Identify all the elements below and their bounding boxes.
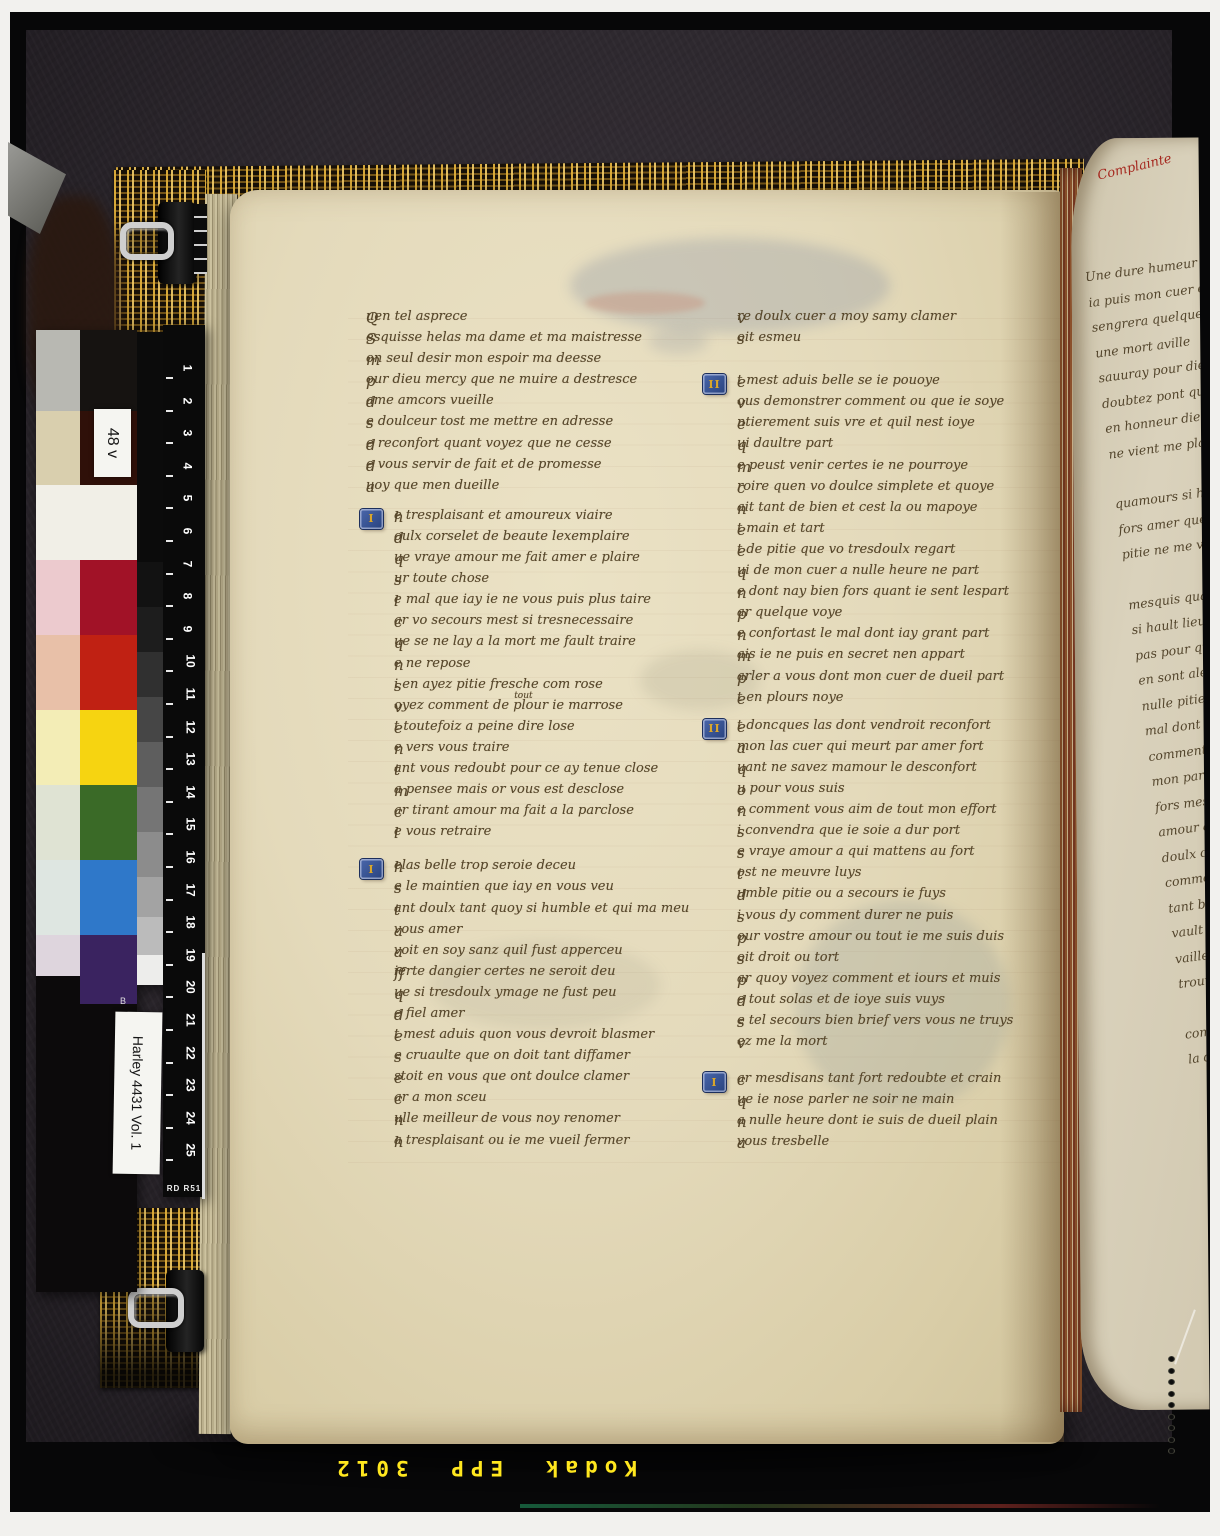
line-text: e vous servir de fait et de promesse <box>366 457 601 472</box>
ruler-number-label: 15 <box>184 818 198 831</box>
line-text: ar vo secours mest si tresnecessaire <box>394 613 633 628</box>
manuscript-line: qui de mon cuer a nulle heure ne part <box>737 563 1067 584</box>
ruler-tick <box>166 931 173 933</box>
ruler-tick <box>166 1127 173 1129</box>
manuscript-line: et doncques las dont vendroit reconfort <box>737 718 1067 739</box>
line-text: e vraye amour a qui mattens au fort <box>737 844 975 859</box>
manuscript-line: car tirant amour ma fait a la parclose <box>394 803 774 824</box>
color-patch <box>80 935 137 976</box>
ruler: RD R51 123456789101112131415161718192021… <box>163 325 205 1197</box>
manuscript-line: qui daultre part <box>737 436 1067 457</box>
line-text: e vous retraire <box>394 824 491 839</box>
color-patch <box>36 785 80 860</box>
ruler-number-label: 10 <box>184 655 198 668</box>
right-page-text: Une dure humeur qui est entreia puis mon… <box>1084 223 1210 1072</box>
sewing-holes <box>1168 1356 1180 1466</box>
line-text: uen tel asprece <box>366 309 467 324</box>
line-text: e le maintien que iay en vous veu <box>394 879 614 894</box>
manuscript-line: se vraye amour a qui mattens au fort <box>737 844 1067 865</box>
line-text: oyez comment de tout plour ie marrose <box>394 698 623 713</box>
ruler-tick <box>166 1094 173 1096</box>
manuscript-line: entierement suis vre et quil nest ioye <box>737 415 1067 436</box>
photograph-of-manuscript: Quen tel aspreceSesquisse helas ma dame … <box>0 0 1220 1536</box>
ruler-tick <box>166 377 173 379</box>
ruler-number-label: 21 <box>184 1013 198 1026</box>
right-page-vellum: Complainte Une dure humeur qui est entre… <box>1070 137 1209 1410</box>
sewing-hole <box>1168 1414 1175 1420</box>
illuminated-initial: II <box>703 374 726 394</box>
color-patch-row <box>36 560 137 635</box>
ruler-tick <box>166 573 173 575</box>
line-text: a pensee mais or vous est desclose <box>394 782 624 797</box>
line-text: ulle meilleur de vous noy renomer <box>394 1111 620 1126</box>
line-text: ue vraye amour me fait amer e plaire <box>394 550 640 565</box>
manuscript-line: he tresplaisant et amoureux viaire <box>394 508 774 529</box>
grayscale-step <box>137 562 163 607</box>
line-text: voit en soy sanz quil fust apperceu <box>394 943 623 958</box>
ruler-number-label: 14 <box>184 785 198 798</box>
ruler-number-label: 23 <box>184 1079 198 1092</box>
ruler-edge-line <box>202 953 205 1199</box>
ruler-tick <box>166 768 173 770</box>
manuscript-line: mais ie ne puis en secret nen appart <box>737 647 1067 668</box>
manuscript-line: soit droit ou tort <box>737 950 1067 971</box>
grayscale-step <box>137 607 163 652</box>
manuscript-line: quant ne savez mamour le desconfort <box>737 760 1067 781</box>
manuscript-line: sur toute chose <box>394 571 774 592</box>
ruler-number-label: 12 <box>184 720 198 733</box>
manuscript-stanza: Icar mesdisans tant fort redoubte et cra… <box>737 1071 1067 1155</box>
manuscript-line: si convendra que ie soie a dur port <box>737 823 1067 844</box>
line-text: e cruaulte que on doit tant diffamer <box>394 1048 630 1063</box>
manuscript-line: que ie nose parler ne soir ne main <box>737 1092 1067 1113</box>
manuscript-line: et de pitie que vo tresdoulx regart <box>737 542 1067 563</box>
line-text: uant ne savez mamour le desconfort <box>737 760 977 775</box>
manuscript-line: avous tresbelle <box>737 1134 1067 1155</box>
manuscript-line: de vous servir de fait et de promesse <box>366 457 774 478</box>
line-text: oulx corselet de beaute lexemplaire <box>394 529 630 544</box>
ruler-number-label: 25 <box>184 1144 198 1157</box>
ruler-number-label: 16 <box>184 850 198 863</box>
ruler-number-label: 18 <box>184 916 198 929</box>
ruler-tick <box>166 1029 173 1031</box>
line-text: ar a mon sceu <box>394 1090 487 1105</box>
manuscript-line: que vraye amour me fait amer e plaire <box>394 550 774 571</box>
ruler-number-label: 11 <box>183 688 197 701</box>
line-text: t mest aduis quon vous devroit blasmer <box>394 1027 654 1042</box>
grayscale-step <box>137 697 163 742</box>
ruler-tick <box>166 670 173 672</box>
line-text: ar quoy voyez comment et iours et muis <box>737 971 1000 986</box>
ruler-number-label: 7 <box>180 560 194 567</box>
grayscale-step <box>137 787 163 832</box>
line-text: ait tant de bien et cest la ou mapoye <box>737 500 977 515</box>
line-text: ant vous redoubt pour ce ay tenue close <box>394 761 658 776</box>
line-text: stoit en vous que ont doulce clamer <box>394 1069 629 1084</box>
line-text: ar quelque voye <box>737 605 842 620</box>
line-text: vous amer <box>394 922 462 937</box>
line-text: e dont nay bien fors quant ie sent lespa… <box>737 584 1009 599</box>
line-text: i en ayez pitie fresche com rose <box>394 677 603 692</box>
manuscript-line: ne vers vous traire <box>394 740 774 761</box>
manuscript-stanza: Quen tel aspreceSesquisse helas ma dame … <box>366 309 774 499</box>
kodak-film-edge-label: Kodak EPP 3012 <box>330 1456 637 1480</box>
line-text: elas belle trop seroie deceu <box>394 858 576 873</box>
color-patch <box>80 785 137 860</box>
binder-clip-bottom-handle <box>128 1288 184 1328</box>
ruler-tick <box>166 736 173 738</box>
manuscript-line: de fiel amer <box>394 1006 774 1027</box>
manuscript-line: na nulle heure dont ie suis de dueil pla… <box>737 1113 1067 1134</box>
manuscript-stanza: IIet doncques las dont vendroit reconfor… <box>737 718 1067 1056</box>
line-text: vous tresbelle <box>737 1134 829 1149</box>
manuscript-line: soit esmeu <box>737 330 1067 351</box>
color-patch-row <box>36 785 137 860</box>
manuscript-line: le vous retraire <box>394 824 774 845</box>
manuscript-line: par quelque voye <box>737 605 1067 626</box>
line-text: ui daultre part <box>737 436 833 451</box>
grayscale-step <box>137 742 163 787</box>
manuscript-line: de tout solas et de ioye suis vuys <box>737 992 1067 1013</box>
ruler-number-label: 2 <box>180 397 194 404</box>
line-text: mon las cuer qui meurt par amer fort <box>737 739 984 754</box>
color-patch <box>36 560 80 635</box>
manuscript-line: ou pour vous suis <box>737 781 1067 802</box>
ruler-tick <box>166 996 173 998</box>
ruler-tick <box>166 703 173 705</box>
grayscale-step <box>137 652 163 697</box>
ruler-number-label: 20 <box>184 981 198 994</box>
color-patch <box>36 485 137 560</box>
folio-sticker: 48 v <box>94 409 131 477</box>
sewing-hole <box>1168 1425 1175 1431</box>
line-text: oit esmeu <box>737 330 801 345</box>
ruler-tick <box>166 964 173 966</box>
ruler-tick <box>166 833 173 835</box>
manuscript-line: si en ayez pitie fresche com rose <box>394 677 774 698</box>
line-text: a tresplaisant ou ie me vueil fermer <box>394 1133 630 1148</box>
manuscript-line: croire quen vo doulce simplete et quoye <box>737 479 1067 500</box>
folio-sticker-label: 48 v <box>104 428 122 458</box>
sewing-hole <box>1168 1391 1175 1397</box>
color-patch-row <box>36 635 137 710</box>
sewing-hole <box>1168 1437 1175 1443</box>
illuminated-initial: I <box>703 1072 726 1092</box>
ruler-tick <box>166 866 173 868</box>
manuscript-line: avoit en soy sanz quil fust apperceu <box>394 943 774 964</box>
line-text: oit droit ou tort <box>737 950 839 965</box>
ruler-number-label: 5 <box>180 495 194 502</box>
line-text: ame amcors vueille <box>366 393 494 408</box>
color-patch <box>36 935 80 976</box>
line-text: ost ne meuvre luys <box>737 865 861 880</box>
line-text: umble pitie ou a secours ie fuys <box>737 886 946 901</box>
line-text: e vers vous traire <box>394 740 509 755</box>
line-text: t toutefoiz a peine dire lose <box>394 719 575 734</box>
line-text: e ne repose <box>394 656 470 671</box>
line-text: ar mesdisans tant fort redoubte et crain <box>737 1071 1001 1086</box>
line-text: arler a vous dont mon cuer de dueil part <box>737 669 1004 684</box>
line-text: t en plours noye <box>737 690 844 705</box>
line-text: e tel secours bien brief vers vous ne tr… <box>737 1013 1013 1028</box>
manuscript-line: dumble pitie ou a secours ie fuys <box>737 886 1067 907</box>
manuscript-line: me peust venir certes ie ne pourroye <box>737 458 1067 479</box>
manuscript-line: et en plours noye <box>737 690 1067 711</box>
line-text: i convendra que ie soie a dur port <box>737 823 960 838</box>
ruler-tick <box>166 638 173 640</box>
manuscript-stanza: Ihe tresplaisant et amoureux viairedoulx… <box>394 508 774 846</box>
line-text: esquisse helas ma dame et ma maistresse <box>366 330 642 345</box>
manuscript-line: helas belle trop seroie deceu <box>394 858 774 879</box>
manuscript-line: Quen tel asprece <box>366 309 774 330</box>
manuscript-line: et mest aduis belle se ie pouoye <box>737 373 1067 394</box>
manuscript-line: et mest aduis quon vous devroit blasmer <box>394 1027 774 1048</box>
ruler-tick <box>166 442 173 444</box>
manuscript-line: le mal que iay ie ne vous puis plus tair… <box>394 592 774 613</box>
manuscript-line: Sesquisse helas ma dame et ma maistresse <box>366 330 774 351</box>
color-patch-row <box>36 485 137 560</box>
ruler-number-label: 4 <box>180 462 194 469</box>
ruler-number-label: 8 <box>180 593 194 600</box>
manuscript-line: vez me la mort <box>737 1034 1067 1055</box>
ruler-number-label: 1 <box>180 365 194 372</box>
line-text: uoy que men dueille <box>366 478 499 493</box>
color-patch <box>36 411 80 485</box>
manuscript-line: parler a vous dont mon cuer de dueil par… <box>737 669 1067 690</box>
manuscript-line: auoy que men dueille <box>366 478 774 499</box>
manuscript-line: que se ne lay a la mort me fault traire <box>394 634 774 655</box>
line-text: t mest aduis belle se ie pouoye <box>737 373 940 388</box>
manuscript-line: ffierte dangier certes ne seroit deu <box>394 964 774 985</box>
manuscript-line: mon seul desir mon espoir ma deesse <box>366 351 774 372</box>
line-text: ant doulx tant quoy si humble et qui ma … <box>394 901 689 916</box>
manuscript-line: vous demonstrer comment ou que ie soye <box>737 394 1067 415</box>
manuscript-line: amon las cuer qui meurt par amer fort <box>737 739 1067 760</box>
line-text: e peust venir certes ie ne pourroye <box>737 458 968 473</box>
line-text: e comment vous aim de tout mon effort <box>737 802 996 817</box>
ruler-tick <box>166 507 173 509</box>
color-patch-row <box>36 330 137 411</box>
manuscript-line: tant vous redoubt pour ce ay tenue close <box>394 761 774 782</box>
manuscript-line: que si tresdoulx ymage ne fust peu <box>394 985 774 1006</box>
manuscript-line: ne ne repose <box>394 656 774 677</box>
line-text: a nulle heure dont ie suis de dueil plai… <box>737 1113 998 1128</box>
manuscript-line: ne confortast le mal dont iay grant part <box>737 626 1067 647</box>
color-patch <box>80 635 137 710</box>
binder-clip-top-handle <box>120 222 174 260</box>
ruler-number-label: 3 <box>180 430 194 437</box>
ruler-tick <box>166 801 173 803</box>
sewing-hole <box>1168 1379 1175 1385</box>
line-text: ous demonstrer comment ou que ie soye <box>737 394 1004 409</box>
color-patch <box>36 330 80 411</box>
line-text: ui de mon cuer a nulle heure ne part <box>737 563 979 578</box>
line-text: u pour vous suis <box>737 781 845 796</box>
line-text: t doncques las dont vendroit reconfort <box>737 718 991 733</box>
color-patch <box>80 710 137 785</box>
ruler-number-label: 24 <box>184 1111 198 1124</box>
line-text: ue se ne lay a la mort me fault traire <box>394 634 636 649</box>
line-text: ur toute chose <box>394 571 489 586</box>
line-text: roire quen vo doulce simplete et quoye <box>737 479 994 494</box>
manuscript-line: ma pensee mais or vous est desclose <box>394 782 774 803</box>
manuscript-stanza: IIet mest aduis belle se ie pouoyevous d… <box>737 373 1067 711</box>
ruler-tick <box>166 475 173 477</box>
color-patch-row <box>36 710 137 785</box>
color-patch <box>36 710 80 785</box>
manuscript-line: et main et tart <box>737 521 1067 542</box>
grayscale-step <box>137 332 163 562</box>
manuscript-stanza: vre doulx cuer a moy samy clamersoit esm… <box>737 309 1067 351</box>
grayscale-step <box>137 832 163 877</box>
line-text: ntierement suis vre et quil nest ioye <box>737 415 975 430</box>
film-edge-color-line <box>520 1504 1160 1508</box>
color-patch-row <box>36 935 137 976</box>
manuscript-line: car mesdisans tant fort redoubte et crai… <box>737 1071 1067 1092</box>
manuscript-line: car a mon sceu <box>394 1090 774 1111</box>
line-text: our vostre amour ou tout ie me suis duis <box>737 929 1004 944</box>
ruler-tick <box>166 1159 173 1161</box>
line-text: ue si tresdoulx ymage ne fust peu <box>394 985 616 1000</box>
color-patch <box>36 635 80 710</box>
manuscript-line: car vo secours mest si tresnecessaire <box>394 613 774 634</box>
illuminated-initial: II <box>703 719 726 739</box>
manuscript-line: ne dont nay bien fors quant ie sent lesp… <box>737 584 1067 605</box>
manuscript-line: se cruaulte que on doit tant diffamer <box>394 1048 774 1069</box>
manuscript-line: vre doulx cuer a moy samy clamer <box>737 309 1067 330</box>
sewing-hole <box>1168 1368 1175 1374</box>
line-text: ez me la mort <box>737 1034 827 1049</box>
ruler-footer-label: RD R51 <box>163 1184 205 1193</box>
line-text: re doulx cuer a moy samy clamer <box>737 309 956 324</box>
ruler-number-label: 17 <box>184 883 198 896</box>
grayscale-step <box>137 877 163 917</box>
line-text: ais ie ne puis en secret nen appart <box>737 647 965 662</box>
manuscript-column-2: vre doulx cuer a moy samy clamersoit esm… <box>737 309 1067 1156</box>
manuscript-line: doulx corselet de beaute lexemplaire <box>394 529 774 550</box>
manuscript-line: ha tresplaisant ou ie me vueil fermer <box>394 1133 774 1154</box>
line-text: e mal que iay ie ne vous puis plus taire <box>394 592 651 607</box>
manuscript-line: de reconfort quant voyez que ne cesse <box>366 436 774 457</box>
color-patch <box>80 860 137 935</box>
manuscript-line: par quoy voyez comment et iours et muis <box>737 971 1067 992</box>
line-text: t de pitie que vo tresdoulx regart <box>737 542 955 557</box>
manuscript-line: pour vostre amour ou tout ie me suis dui… <box>737 929 1067 950</box>
ruler-number-label: 13 <box>184 753 198 766</box>
illuminated-initial: I <box>360 509 383 529</box>
illuminated-initial: I <box>360 859 383 879</box>
line-text: ierte dangier certes ne seroit deu <box>394 964 616 979</box>
grayscale-step <box>137 955 163 985</box>
color-patch-row <box>36 860 137 935</box>
sewing-hole <box>1168 1402 1175 1408</box>
shelfmark-sticker-label: Harley 4431 Vol. 1 <box>129 1036 147 1151</box>
manuscript-line: tost ne meuvre luys <box>737 865 1067 886</box>
line-text: our dieu mercy que ne muire a destresce <box>366 372 637 387</box>
manuscript-line: ne comment vous aim de tout mon effort <box>737 802 1067 823</box>
line-text: on seul desir mon espoir ma deesse <box>366 351 601 366</box>
shelfmark-sticker: Harley 4431 Vol. 1 <box>113 1012 163 1175</box>
line-text: e doulceur tost me mettre en adresse <box>366 414 613 429</box>
line-text: e reconfort quant voyez que ne cesse <box>366 436 612 451</box>
card-letter-b: B <box>120 996 126 1006</box>
ruler-number-label: 9 <box>180 625 194 632</box>
ruler-tick <box>166 899 173 901</box>
line-text: ar tirant amour ma fait a la parclose <box>394 803 634 818</box>
manuscript-line: nait tant de bien et cest la ou mapoye <box>737 500 1067 521</box>
line-text: e fiel amer <box>394 1006 464 1021</box>
color-patch-purple-extension <box>80 976 137 1004</box>
line-text: e tresplaisant et amoureux viaire <box>394 508 613 523</box>
manuscript-line: tant doulx tant quoy si humble et qui ma… <box>394 901 774 922</box>
line-text: e confortast le mal dont iay grant part <box>737 626 989 641</box>
ruler-number-label: 19 <box>184 948 198 961</box>
interlinear-insertion: tout <box>514 691 532 701</box>
manuscript-line: nulle meilleur de vous noy renomer <box>394 1111 774 1132</box>
ruler-tick <box>166 410 173 412</box>
manuscript-line: si vous dy comment durer ne puis <box>737 908 1067 929</box>
line-text: i vous dy comment durer ne puis <box>737 908 953 923</box>
grayscale-step <box>137 917 163 955</box>
line-text: t main et tart <box>737 521 825 536</box>
line-text: e tout solas et de ioye suis vuys <box>737 992 945 1007</box>
manuscript-line: voyez comment de tout plour ie marrose <box>394 698 774 719</box>
ruler-tick <box>166 605 173 607</box>
manuscript-line: se le maintien que iay en vous veu <box>394 879 774 900</box>
ruler-number-label: 22 <box>184 1046 198 1059</box>
manuscript-stanza: Ihelas belle trop seroie deceuse le main… <box>394 858 774 1153</box>
grayscale-strip <box>137 332 163 985</box>
sewing-hole <box>1168 1448 1175 1454</box>
line-text: ue ie nose parler ne soir ne main <box>737 1092 954 1107</box>
manuscript-line: avous amer <box>394 922 774 943</box>
manuscript-line: dame amcors vueille <box>366 393 774 414</box>
ruler-tick <box>166 540 173 542</box>
ruler-tick <box>166 1062 173 1064</box>
manuscript-line: se tel secours bien brief vers vous ne t… <box>737 1013 1067 1034</box>
manuscript-line: se doulceur tost me mettre en adresse <box>366 414 774 435</box>
film-notch-strip <box>194 204 207 274</box>
ruler-number-label: 6 <box>180 528 194 535</box>
right-page-rubric-heading: Complainte <box>1096 151 1173 183</box>
color-patch <box>80 560 137 635</box>
color-patch <box>80 330 137 411</box>
color-patch <box>36 860 80 935</box>
